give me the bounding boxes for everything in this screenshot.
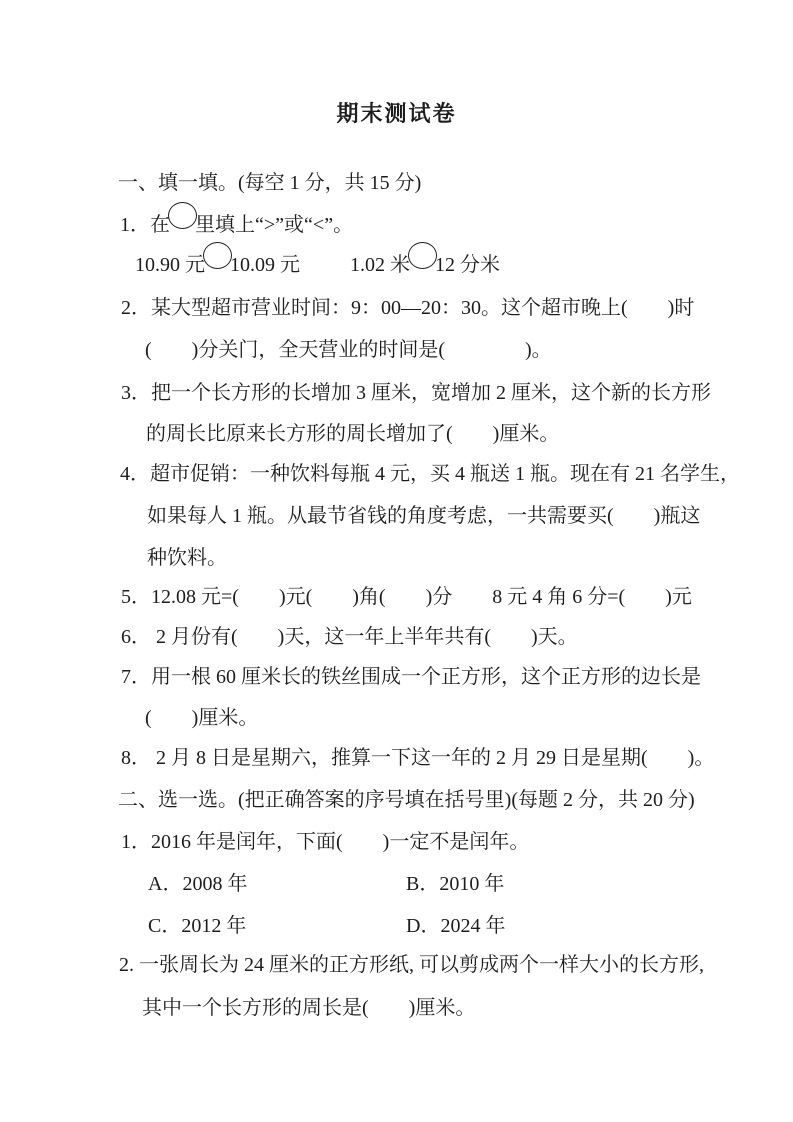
s2-q2-line2: 其中一个长方形的周长是( )厘米。 [142, 995, 475, 1022]
s2-q1-option-b: B．2010 年 [406, 871, 504, 898]
s2-q1-option-c: C．2012 年 [148, 913, 246, 940]
s1-q5-line: 5．12.08 元=( )元( )角( )分 8 元 4 角 6 分=( )元 [121, 584, 692, 611]
s1-q1-line1: 1．在里填上“>”或“<”。 [120, 207, 353, 234]
test-paper-page: 期末测试卷 一、填一填。(每空 1 分，共 15 分) 1．在里填上“>”或“<… [0, 0, 793, 1122]
s1-q3-line2: 的周长比原来长方形的周长增加了( )厘米。 [146, 421, 559, 448]
section-1-header: 一、填一填。(每空 1 分，共 15 分) [118, 170, 421, 197]
s1-q4-line2: 如果每人 1 瓶。从最节省钱的角度考虑，一共需要买( )瓶这 [147, 503, 700, 530]
s1-q4-line1: 4．超市促销：一种饮料每瓶 4 元，买 4 瓶送 1 瓶。现在有 21 名学生， [120, 461, 740, 488]
blank-circle-icon [168, 202, 197, 229]
s1-q8-line: 8． 2 月 8 日是星期六，推算一下这一年的 2 月 29 日是星期( )。 [121, 745, 714, 772]
s2-q1-stem: 1．2016 年是闰年，下面( )一定不是闰年。 [121, 829, 529, 856]
compare-left-a: 10.90 元 [135, 254, 205, 276]
s2-q1-option-d: D．2024 年 [406, 913, 505, 940]
blank-circle-icon [203, 242, 232, 269]
s1-q3-line1: 3．把一个长方形的长增加 3 厘米，宽增加 2 厘米，这个新的长方形 [121, 380, 711, 407]
s2-q2-line1: 2. 一张周长为 24 厘米的正方形纸, 可以剪成两个一样大小的长方形, [119, 952, 704, 979]
compare-right-a: 1.02 米 [350, 254, 410, 276]
s1-q1-line2: 10.90 元10.09 元1.02 米12 分米 [135, 247, 500, 274]
s2-q1-option-a: A．2008 年 [148, 871, 247, 898]
s1-q7-line2: ( )厘米。 [145, 705, 258, 732]
s1-q2-line2: ( )分关门，全天营业的时间是( )。 [145, 337, 552, 364]
s1-q7-line1: 7．用一根 60 厘米长的铁丝围成一个正方形，这个正方形的边长是 [121, 664, 701, 691]
s1-q4-line3: 种饮料。 [147, 545, 227, 572]
s1-q1-lead: 1．在 [120, 214, 170, 236]
blank-circle-icon [408, 242, 437, 269]
compare-right-b: 12 分米 [435, 254, 500, 276]
s1-q6-line: 6． 2 月份有( )天，这一年上半年共有( )天。 [121, 624, 578, 651]
s1-q1-tail: 里填上“>”或“<”。 [195, 214, 353, 236]
compare-left-b: 10.09 元 [230, 254, 300, 276]
section-2-header: 二、选一选。(把正确答案的序号填在括号里)(每题 2 分，共 20 分) [118, 787, 695, 814]
s1-q2-line1: 2．某大型超市营业时间：9：00—20：30。这个超市晚上( )时 [121, 295, 694, 322]
paper-title: 期末测试卷 [0, 100, 793, 128]
